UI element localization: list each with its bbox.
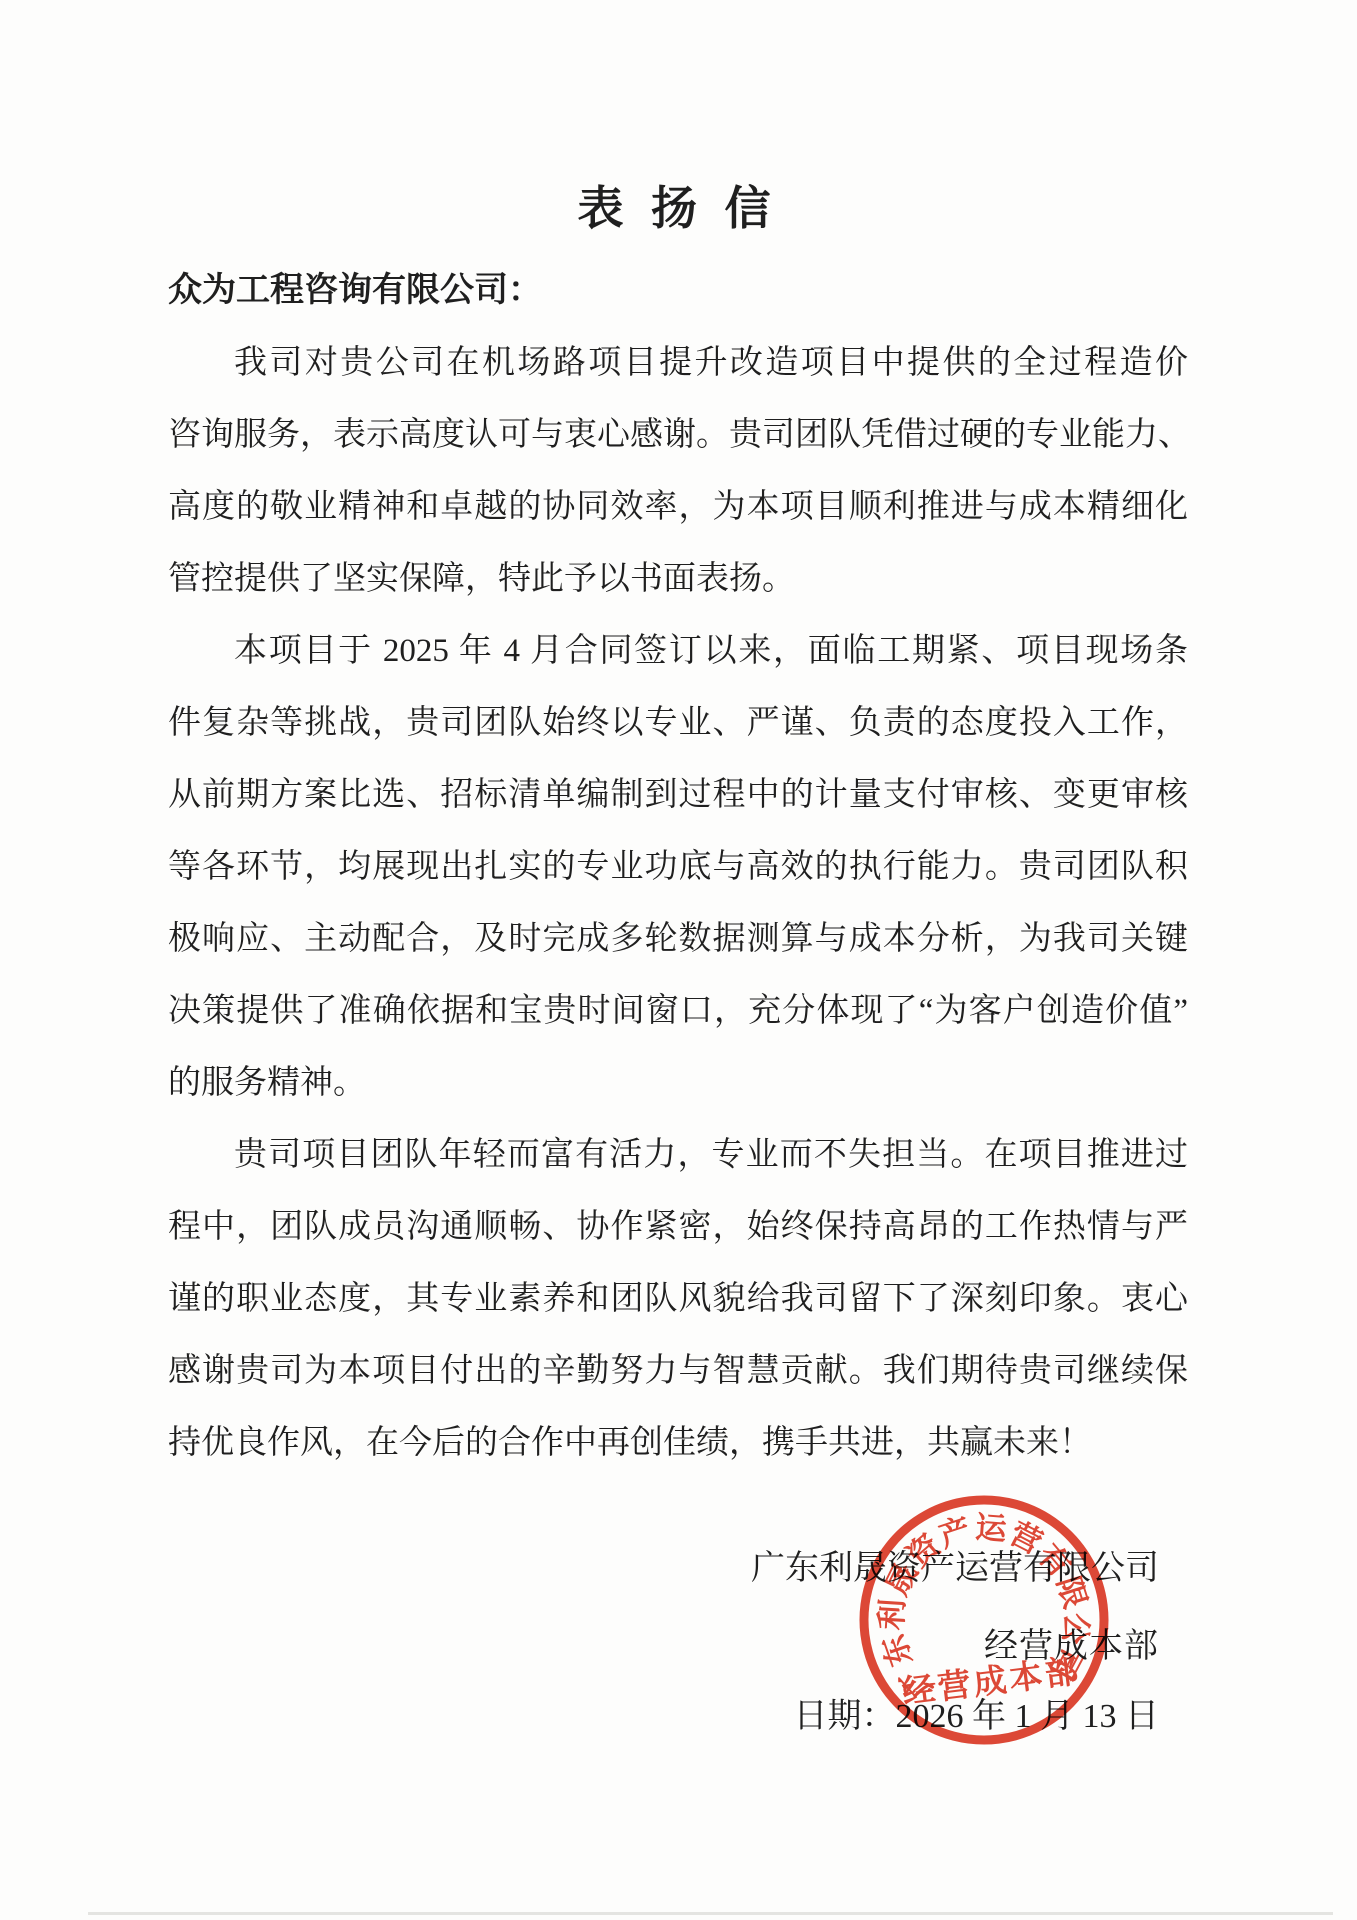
stamp-char: 产 [935, 1511, 975, 1554]
body-line: 程中，团队成员沟通顺畅、协作紧密，始终保持高昂的工作热情与严 [168, 1191, 1188, 1263]
body-line: 决策提供了准确依据和宝贵时间窗口，充分体现了“为客户创造价值” [168, 975, 1188, 1047]
scan-edge-artifact [88, 1912, 1333, 1915]
body-line: 极响应、主动配合，及时完成多轮数据测算与成本分析，为我司关键 [168, 903, 1188, 975]
body-line: 谨的职业态度，其专业素养和团队风貌给我司留下了深刻印象。衷心 [168, 1263, 1188, 1335]
body-line: 从前期方案比选、招标清单编制到过程中的计量支付审核、变更审核 [168, 759, 1188, 831]
body-line: 感谢贵司为本项目付出的辛勤努力与智慧贡献。我们期待贵司继续保 [168, 1335, 1188, 1407]
signature-department: 经营成本部 [984, 1630, 1159, 1664]
addressee-line: 众为工程咨询有限公司： [168, 255, 1188, 327]
signature-company: 广东利晟资产运营有限公司 [751, 1552, 1159, 1586]
body-line: 我司对贵公司在机场路项目提升改造项目中提供的全过程造价 [168, 327, 1188, 399]
stamp-char: 运 [974, 1510, 1009, 1547]
body-line: 管控提供了坚实保障，特此予以书面表扬。 [168, 543, 1188, 615]
body-line: 本项目于 2025 年 4 月合同签订以来，面临工期紧、项目现场条 [168, 615, 1188, 687]
letter-page: 表 扬 信 众为工程咨询有限公司： 我司对贵公司在机场路项目提升改造项目中提供的… [0, 0, 1357, 1920]
body-line: 高度的敬业精神和卓越的协同效率，为本项目顺利推进与成本精细化 [168, 471, 1188, 543]
signature-date: 日期：2026 年 1 月 13 日 [794, 1700, 1160, 1734]
letter-title: 表 扬 信 [168, 186, 1188, 232]
body-line: 的服务精神。 [168, 1047, 1188, 1119]
body-lines: 我司对贵公司在机场路项目提升改造项目中提供的全过程造价咨询服务，表示高度认可与衷… [168, 327, 1188, 1479]
stamp-char: 利 [874, 1598, 911, 1631]
body-line: 贵司项目团队年轻而富有活力，专业而不失担当。在项目推进过 [168, 1119, 1188, 1191]
body-line: 持优良作风，在今后的合作中再创佳绩，携手共进，共赢未来！ [168, 1407, 1188, 1479]
body-line: 等各环节，均展现出扎实的专业功底与高效的执行能力。贵司团队积 [168, 831, 1188, 903]
stamp-circular-text: 广东利晟资产运营有限公司 [861, 1497, 1103, 1709]
stamp-char: 东 [876, 1630, 919, 1671]
body-line: 件复杂等挑战，贵司团队始终以专业、严谨、负责的态度投入工作， [168, 687, 1188, 759]
body-line: 咨询服务，表示高度认可与衷心感谢。贵司团队凭借过硬的专业能力、 [168, 399, 1188, 471]
